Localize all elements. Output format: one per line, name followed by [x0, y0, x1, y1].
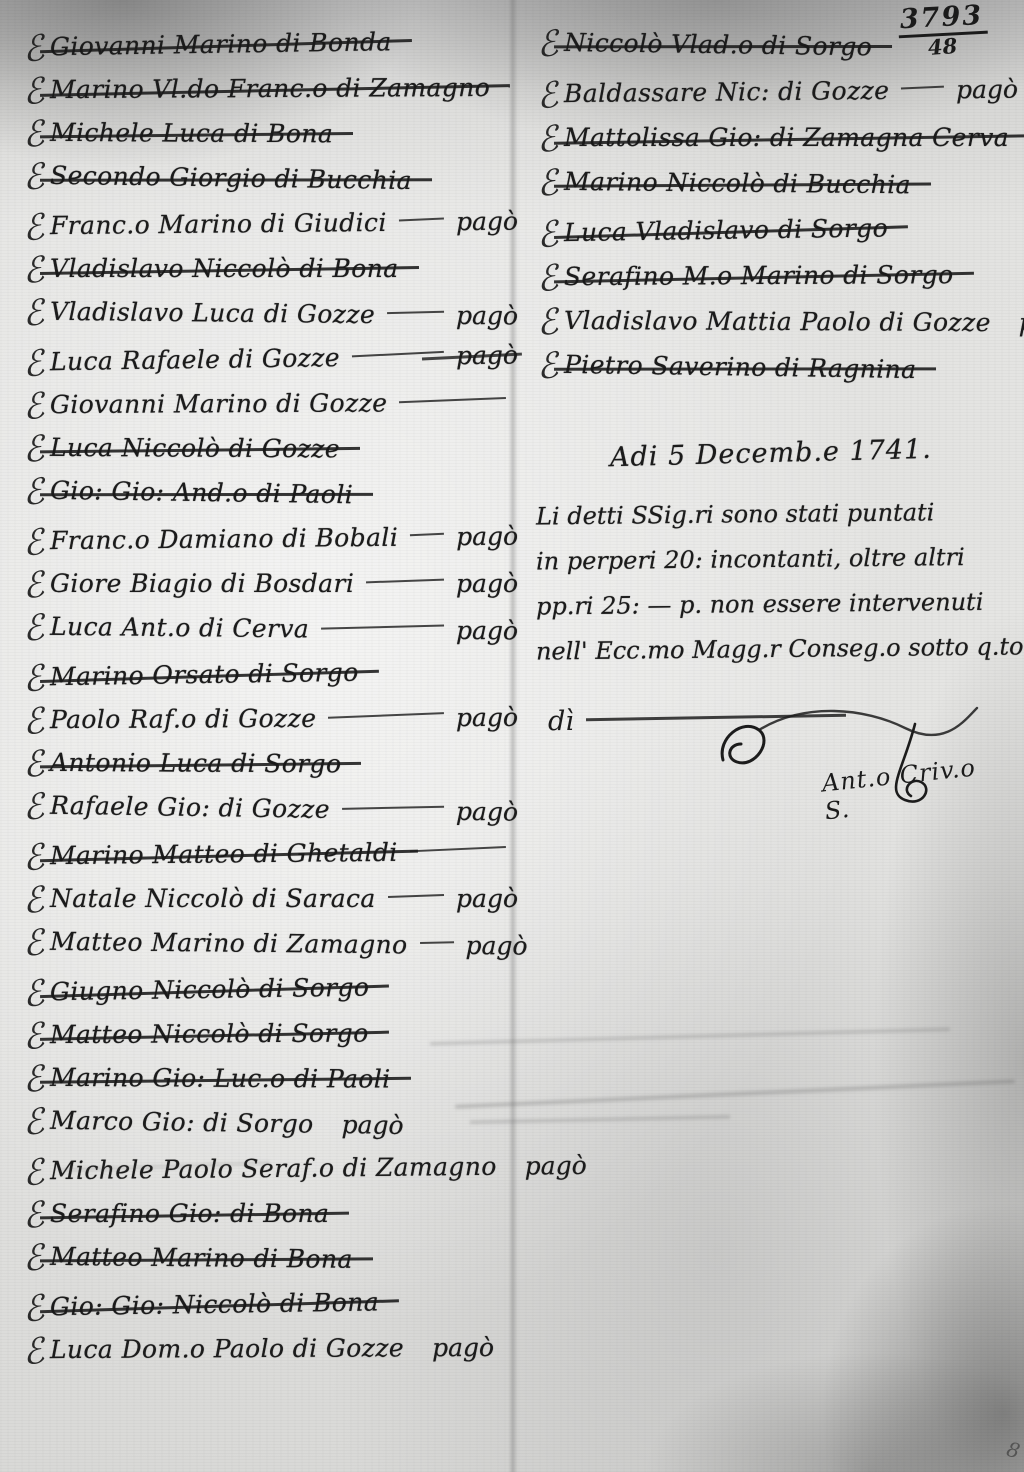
list-entry: ℰMatteo Marino di Zamagnopagò: [22, 922, 518, 972]
list-entry: ℰSerafino Gio: di Bona: [22, 1194, 518, 1239]
list-entry: ℰGiore Biagio di Bosdaripagò: [22, 564, 518, 609]
entry-prefix-flourish: ℰ: [21, 925, 53, 963]
entry-name: Marino Orsato di Sorgo: [50, 658, 359, 692]
list-entry: ℰLuca Rafaele di Gozzepagò: [22, 335, 519, 387]
entry-name: Giugno Niccolò di Sorgo: [50, 973, 370, 1007]
paid-annotation: pagò: [456, 884, 518, 913]
manuscript-page: 3793 48 ℰGiovanni Marino di BondaℰMarino…: [0, 0, 1024, 1472]
entry-name: Giore Biagio di Bosdari: [50, 569, 354, 598]
list-entry: ℰLuca Vladislavo di Sorgo: [536, 206, 1019, 259]
list-entry: ℰVladislavo Niccolò di Bona: [22, 249, 518, 294]
note-closing-word: dì: [548, 706, 574, 737]
entry-prefix-flourish: ℰ: [21, 1104, 53, 1142]
list-entry: ℰPaolo Raf.o di Gozzepagò: [22, 698, 518, 745]
entry-prefix-flourish: ℰ: [20, 388, 53, 427]
entry-name: Mattolissa Gio: di Zamagna Cerva: [564, 123, 1009, 152]
entry-prefix-flourish: ℰ: [20, 73, 53, 112]
dash-line: [366, 578, 444, 583]
paid-annotation: pagò: [456, 340, 518, 370]
list-entry: ℰGiovanni Marino di Bonda: [22, 20, 519, 72]
entry-name: Marino Vl.do Franc.o di Zamagno: [50, 73, 490, 104]
list-entry: ℰVladislavo Mattia Paolo di Gozzepagò: [536, 301, 1018, 349]
entry-name: Luca Vladislavo di Sorgo: [564, 213, 888, 247]
list-entry: ℰVladislavo Luca di Gozzepagò: [22, 292, 518, 342]
dash-line: [399, 217, 444, 221]
list-entry: ℰMatteo Marino di Bona: [22, 1237, 518, 1287]
entry-prefix-flourish: ℰ: [21, 610, 53, 648]
entry-name: Marino Niccolò di Bucchia: [564, 167, 911, 199]
entry-name: Michele Luca di Bona: [50, 118, 333, 148]
name-list-right-column: ℰNiccolò Vlad.o di SorgoℰBaldassare Nic:…: [536, 26, 1018, 394]
entry-name: Serafino M.o Marino di Sorgo: [564, 260, 954, 291]
list-entry: ℰMatteo Niccolò di Sorgo: [22, 1013, 518, 1060]
paid-annotation: pagò: [456, 569, 518, 598]
paid-annotation: pagò: [456, 703, 518, 732]
entry-prefix-flourish: ℰ: [534, 77, 567, 116]
note-line: in perperi 20: incontanti, oltre altri: [536, 534, 1014, 584]
list-entry: ℰPietro Saverino di Ragnina: [536, 344, 1019, 397]
list-entry: ℰMichele Paolo Seraf.o di Zamagnopagò: [22, 1147, 518, 1197]
entry-prefix-flourish: ℰ: [20, 345, 53, 384]
entry-name: Luca Ant.o di Cerva: [50, 612, 309, 644]
entry-name: Marino Matteo di Ghetaldi: [50, 838, 398, 870]
entry-prefix-flourish: ℰ: [21, 295, 53, 333]
list-entry: ℰMarino Niccolò di Bucchia: [536, 162, 1018, 213]
entry-name: Matteo Marino di Zamagno: [50, 927, 408, 959]
paid-annotation: pagò: [456, 207, 518, 237]
entry-name: Giovanni Marino di Gozze: [50, 388, 388, 419]
paid-annotation: pagò: [465, 931, 527, 961]
list-entry: ℰNatale Niccolò di Saracapagò: [22, 879, 518, 924]
list-entry: ℰAntonio Luca di Sorgo: [22, 743, 518, 790]
entry-prefix-flourish: ℰ: [534, 304, 566, 342]
list-entry: ℰLuca Ant.o di Cervapagò: [22, 607, 518, 657]
list-entry: ℰMarco Gio: di Sorgopagò: [22, 1100, 519, 1152]
dash-line: [388, 894, 444, 898]
list-entry: ℰGiovanni Marino di Gozze: [22, 383, 518, 430]
list-entry: ℰGiugno Niccolò di Sorgo: [22, 965, 519, 1017]
entry-name: Gio: Gio: Niccolò di Bona: [50, 1287, 379, 1321]
entry-name: Vladislavo Niccolò di Bona: [50, 254, 399, 283]
list-entry: ℰRafaele Gio: di Gozzepagò: [22, 785, 519, 837]
paid-annotation: pagò: [432, 1333, 494, 1362]
dash-line: [410, 532, 444, 536]
entry-name: Antonio Luca di Sorgo: [50, 748, 342, 778]
list-entry: ℰGio: Gio: And.o di Paoli: [22, 470, 519, 522]
entry-prefix-flourish: ℰ: [20, 1333, 53, 1372]
entry-name: Vladislavo Luca di Gozze: [50, 297, 375, 329]
page-corner-mark: 8: [1005, 1437, 1023, 1463]
entry-prefix-flourish: ℰ: [20, 567, 53, 606]
dash-line: [399, 396, 506, 402]
list-entry: ℰMarino Gio: Luc.o di Paoli: [22, 1058, 518, 1105]
list-entry: ℰMattolissa Gio: di Zamagna Cerva: [536, 118, 1018, 164]
entry-prefix-flourish: ℰ: [534, 121, 567, 160]
entry-name: Gio: Gio: And.o di Paoli: [50, 476, 353, 509]
list-entry: ℰLuca Dom.o Paolo di Gozzepagò: [22, 1328, 518, 1375]
entry-name: Marino Gio: Luc.o di Paoli: [50, 1063, 391, 1094]
paid-annotation: pagò: [456, 522, 518, 552]
entry-name: Pietro Saverino di Ragnina: [564, 350, 917, 384]
paid-annotation: pagò: [956, 75, 1018, 105]
list-entry: ℰBaldassare Nic: di Gozzepagò: [536, 70, 1018, 121]
list-entry: ℰNiccolò Vlad.o di Sorgo: [536, 22, 1019, 75]
list-entry: ℰMarino Matteo di Ghetaldi: [22, 832, 518, 882]
note-line: pp.ri 25: — p. non essere intervenuti: [536, 579, 1014, 629]
list-entry: ℰFranc.o Damiano di Bobalipagò: [22, 517, 518, 567]
list-entry: ℰMarino Vl.do Franc.o di Zamagno: [22, 68, 518, 115]
entry-name: Franc.o Damiano di Bobali: [50, 523, 398, 555]
signature-block: Ant.o Criv.o S.: [715, 700, 1005, 830]
paid-annotation: pagò: [341, 1110, 403, 1140]
fine-note-paragraph: Li detti SSig.ri sono stati puntatiin pe…: [536, 492, 1014, 672]
entry-name: Secondo Giorgio di Bucchia: [50, 161, 412, 195]
paid-annotation: pagò: [456, 616, 518, 646]
list-entry: ℰLuca Niccolò di Gozze: [22, 428, 518, 475]
entry-name: Rafaele Gio: di Gozze: [50, 791, 330, 824]
paid-annotation: pagò: [525, 1151, 587, 1181]
entry-name: Luca Dom.o Paolo di Gozze: [50, 1333, 404, 1364]
dash-line: [387, 310, 444, 313]
note-line: nell' Ecc.mo Magg.r Conseg.o sotto q.to: [536, 624, 1014, 674]
entry-prefix-flourish: ℰ: [20, 209, 53, 248]
entry-prefix-flourish: ℰ: [20, 703, 53, 742]
entry-name: Niccolò Vlad.o di Sorgo: [564, 28, 873, 62]
list-entry: ℰSerafino M.o Marino di Sorgo: [536, 255, 1018, 303]
entry-name: Matteo Niccolò di Sorgo: [50, 1019, 369, 1050]
entry-name: Matteo Marino di Bona: [50, 1242, 353, 1274]
paid-annotation: pagò: [456, 301, 518, 331]
entry-name: Vladislavo Mattia Paolo di Gozze: [564, 306, 991, 337]
note-line: Li detti SSig.ri sono stati puntati: [536, 489, 1014, 539]
entry-name: Giovanni Marino di Bonda: [50, 27, 392, 61]
entry-name: Natale Niccolò di Saraca: [50, 884, 376, 913]
entry-prefix-flourish: ℰ: [20, 1154, 53, 1193]
paid-annotation: pagò: [1019, 308, 1024, 337]
dash-line: [342, 805, 444, 809]
list-entry: ℰMarino Orsato di Sorgo: [22, 650, 519, 702]
list-entry: ℰGio: Gio: Niccolò di Bona: [22, 1280, 519, 1332]
dash-line: [420, 941, 454, 944]
bleed-through-ghost: [455, 1079, 1015, 1108]
name-list-left-column: ℰGiovanni Marino di BondaℰMarino Vl.do F…: [22, 24, 518, 1374]
dash-line: [352, 350, 444, 357]
entry-name: Michele Paolo Seraf.o di Zamagno: [50, 1152, 497, 1185]
entry-name: Luca Niccolò di Gozze: [50, 433, 340, 463]
dash-line: [410, 846, 506, 852]
list-entry: ℰMichele Luca di Bona: [22, 113, 518, 160]
paid-annotation: pagò: [456, 797, 518, 827]
dash-line: [328, 712, 444, 719]
entry-name: Franc.o Marino di Giudici: [50, 208, 387, 240]
entry-prefix-flourish: ℰ: [21, 789, 53, 827]
entry-name: Paolo Raf.o di Gozze: [50, 704, 317, 734]
dash-line: [901, 86, 944, 90]
entry-name: Luca Rafaele di Gozze: [50, 343, 340, 376]
list-entry: ℰFranc.o Marino di Giudicipagò: [22, 202, 518, 252]
entry-name: Baldassare Nic: di Gozze: [564, 76, 890, 108]
entry-name: Serafino Gio: di Bona: [50, 1199, 329, 1228]
note-date: Adi 5 Decemb.e 1741.: [610, 434, 933, 473]
entry-prefix-flourish: ℰ: [20, 882, 53, 921]
dash-line: [321, 624, 444, 629]
list-entry: ℰSecondo Giorgio di Bucchia: [22, 155, 519, 207]
entry-name: Marco Gio: di Sorgo: [50, 1106, 314, 1139]
entry-prefix-flourish: ℰ: [20, 524, 53, 563]
